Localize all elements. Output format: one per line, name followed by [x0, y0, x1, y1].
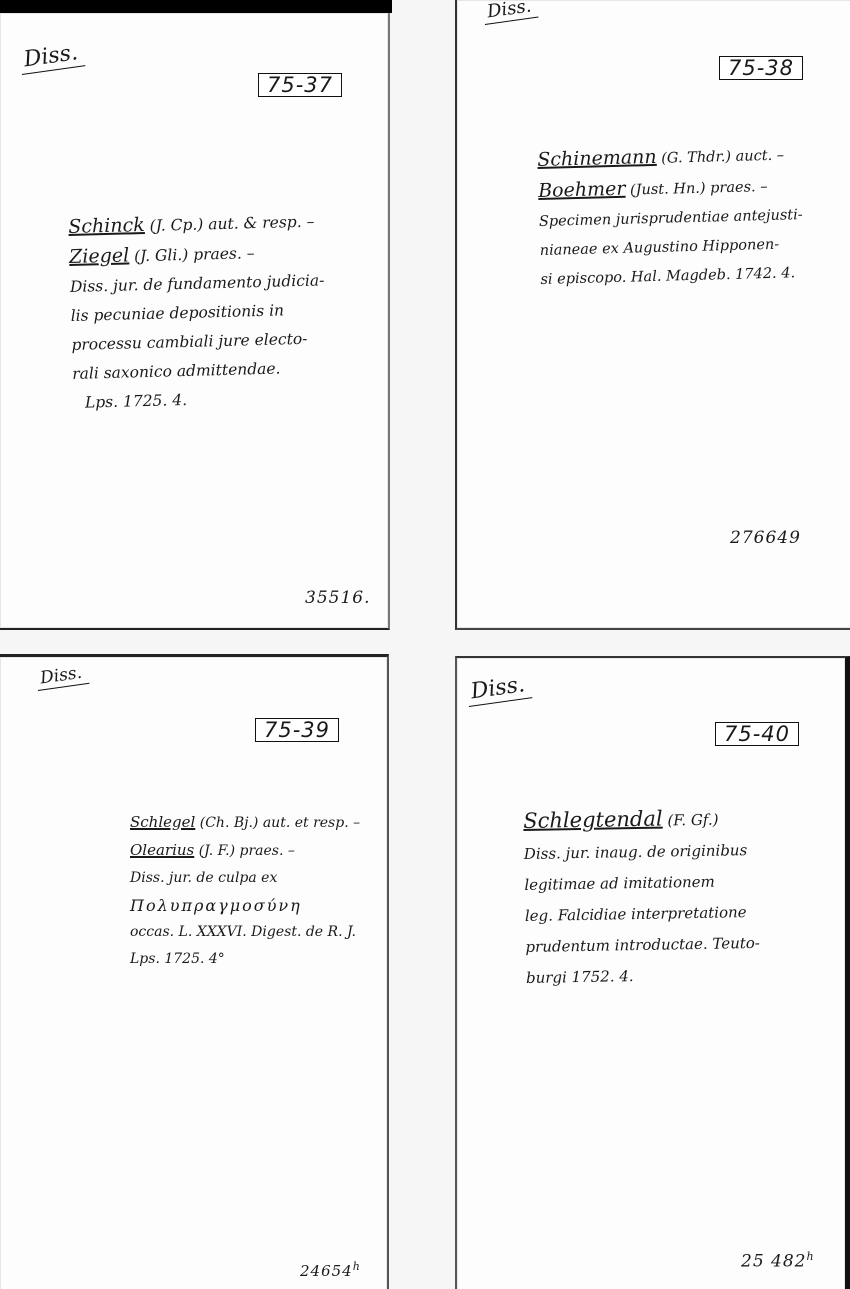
title-line: Diss. jur. inaug. de originibus	[524, 835, 759, 870]
call-number: 75-39	[255, 718, 339, 742]
imprint-line: burgi 1752. 4.	[526, 959, 761, 994]
dissertation-label: Diss.	[465, 671, 532, 707]
dissertation-label: Diss.	[35, 662, 89, 691]
accession-number: 35516.	[305, 588, 370, 608]
praeses-detail: (J. F.) praes. –	[199, 843, 295, 859]
accession-number: 276649	[730, 528, 801, 548]
author-detail: (J. Cp.) aut. & resp. –	[149, 213, 314, 235]
catalog-card-75-40: Diss. 75-40 Schlegtendal (F. Gf.) Diss. …	[455, 656, 850, 1289]
praeses-name: Ziegel	[69, 244, 130, 268]
title-line: occas. L. XXXVI. Digest. de R. J.	[130, 919, 360, 946]
scan-edge-bar	[0, 0, 392, 13]
imprint-line: Lps. 1725. 4°	[130, 946, 360, 973]
author-name: Schinck	[68, 214, 145, 238]
author-name: Schinemann	[537, 146, 657, 171]
catalog-entry: Schlegel (Ch. Bj.) aut. et resp. – Olear…	[130, 809, 360, 973]
author-detail: (Ch. Bj.) aut. et resp. –	[200, 815, 360, 831]
accession-suffix: h	[353, 1260, 361, 1273]
author-line: Schlegel (Ch. Bj.) aut. et resp. –	[130, 809, 360, 837]
praeses-name: Boehmer	[538, 178, 626, 202]
title-line: prudentum introductae. Teuto-	[525, 928, 760, 963]
accession-suffix: h	[806, 1250, 814, 1263]
dissertation-label: Diss.	[482, 0, 539, 25]
author-detail: (G. Thdr.) auct. –	[661, 148, 784, 167]
praeses-detail: (J. Gli.) praes. –	[134, 244, 255, 265]
dissertation-label: Diss.	[18, 39, 85, 75]
catalog-card-75-39: Diss. 75-39 Schlegel (Ch. Bj.) aut. et r…	[0, 654, 389, 1289]
call-number: 75-40	[715, 722, 799, 746]
greek-title-line: Πολυπραγμοσύνη	[130, 892, 360, 919]
praeses-line: Olearius (J. F.) praes. –	[130, 837, 360, 865]
imprint-line: si episcopo. Hal. Magdeb. 1742. 4.	[540, 259, 804, 295]
accession-number: 24654h	[300, 1260, 361, 1280]
author-line: Schlegtendal (F. Gf.)	[523, 802, 758, 839]
praeses-detail: (Just. Hn.) praes. –	[630, 179, 768, 199]
accession-number: 25 482h	[741, 1250, 815, 1272]
call-number: 75-38	[719, 56, 803, 80]
author-name: Schlegel	[130, 813, 195, 831]
title-line: leg. Falcidiae interpretatione	[525, 897, 760, 932]
catalog-entry: Schinemann (G. Thdr.) auct. – Boehmer (J…	[537, 139, 805, 295]
call-number: 75-37	[258, 73, 342, 97]
catalog-card-75-38: Diss. 75-38 Schinemann (G. Thdr.) auct. …	[455, 0, 850, 630]
catalog-card-75-37: Diss. 75-37 Schinck (J. Cp.) aut. & resp…	[0, 13, 390, 630]
author-name: Schlegtendal	[523, 807, 663, 833]
praeses-name: Olearius	[130, 841, 194, 859]
accession-number-value: 24654	[300, 1262, 353, 1280]
catalog-entry: Schlegtendal (F. Gf.) Diss. jur. inaug. …	[523, 802, 761, 994]
imprint-line: Lps. 1725. 4.	[73, 382, 328, 418]
title-line: legitimae ad imitationem	[524, 866, 759, 901]
accession-number-value: 25 482	[741, 1252, 806, 1272]
catalog-entry: Schinck (J. Cp.) aut. & resp. – Ziegel (…	[68, 206, 328, 418]
title-line: Diss. jur. de culpa ex	[130, 865, 360, 892]
author-detail: (F. Gf.)	[667, 811, 718, 830]
